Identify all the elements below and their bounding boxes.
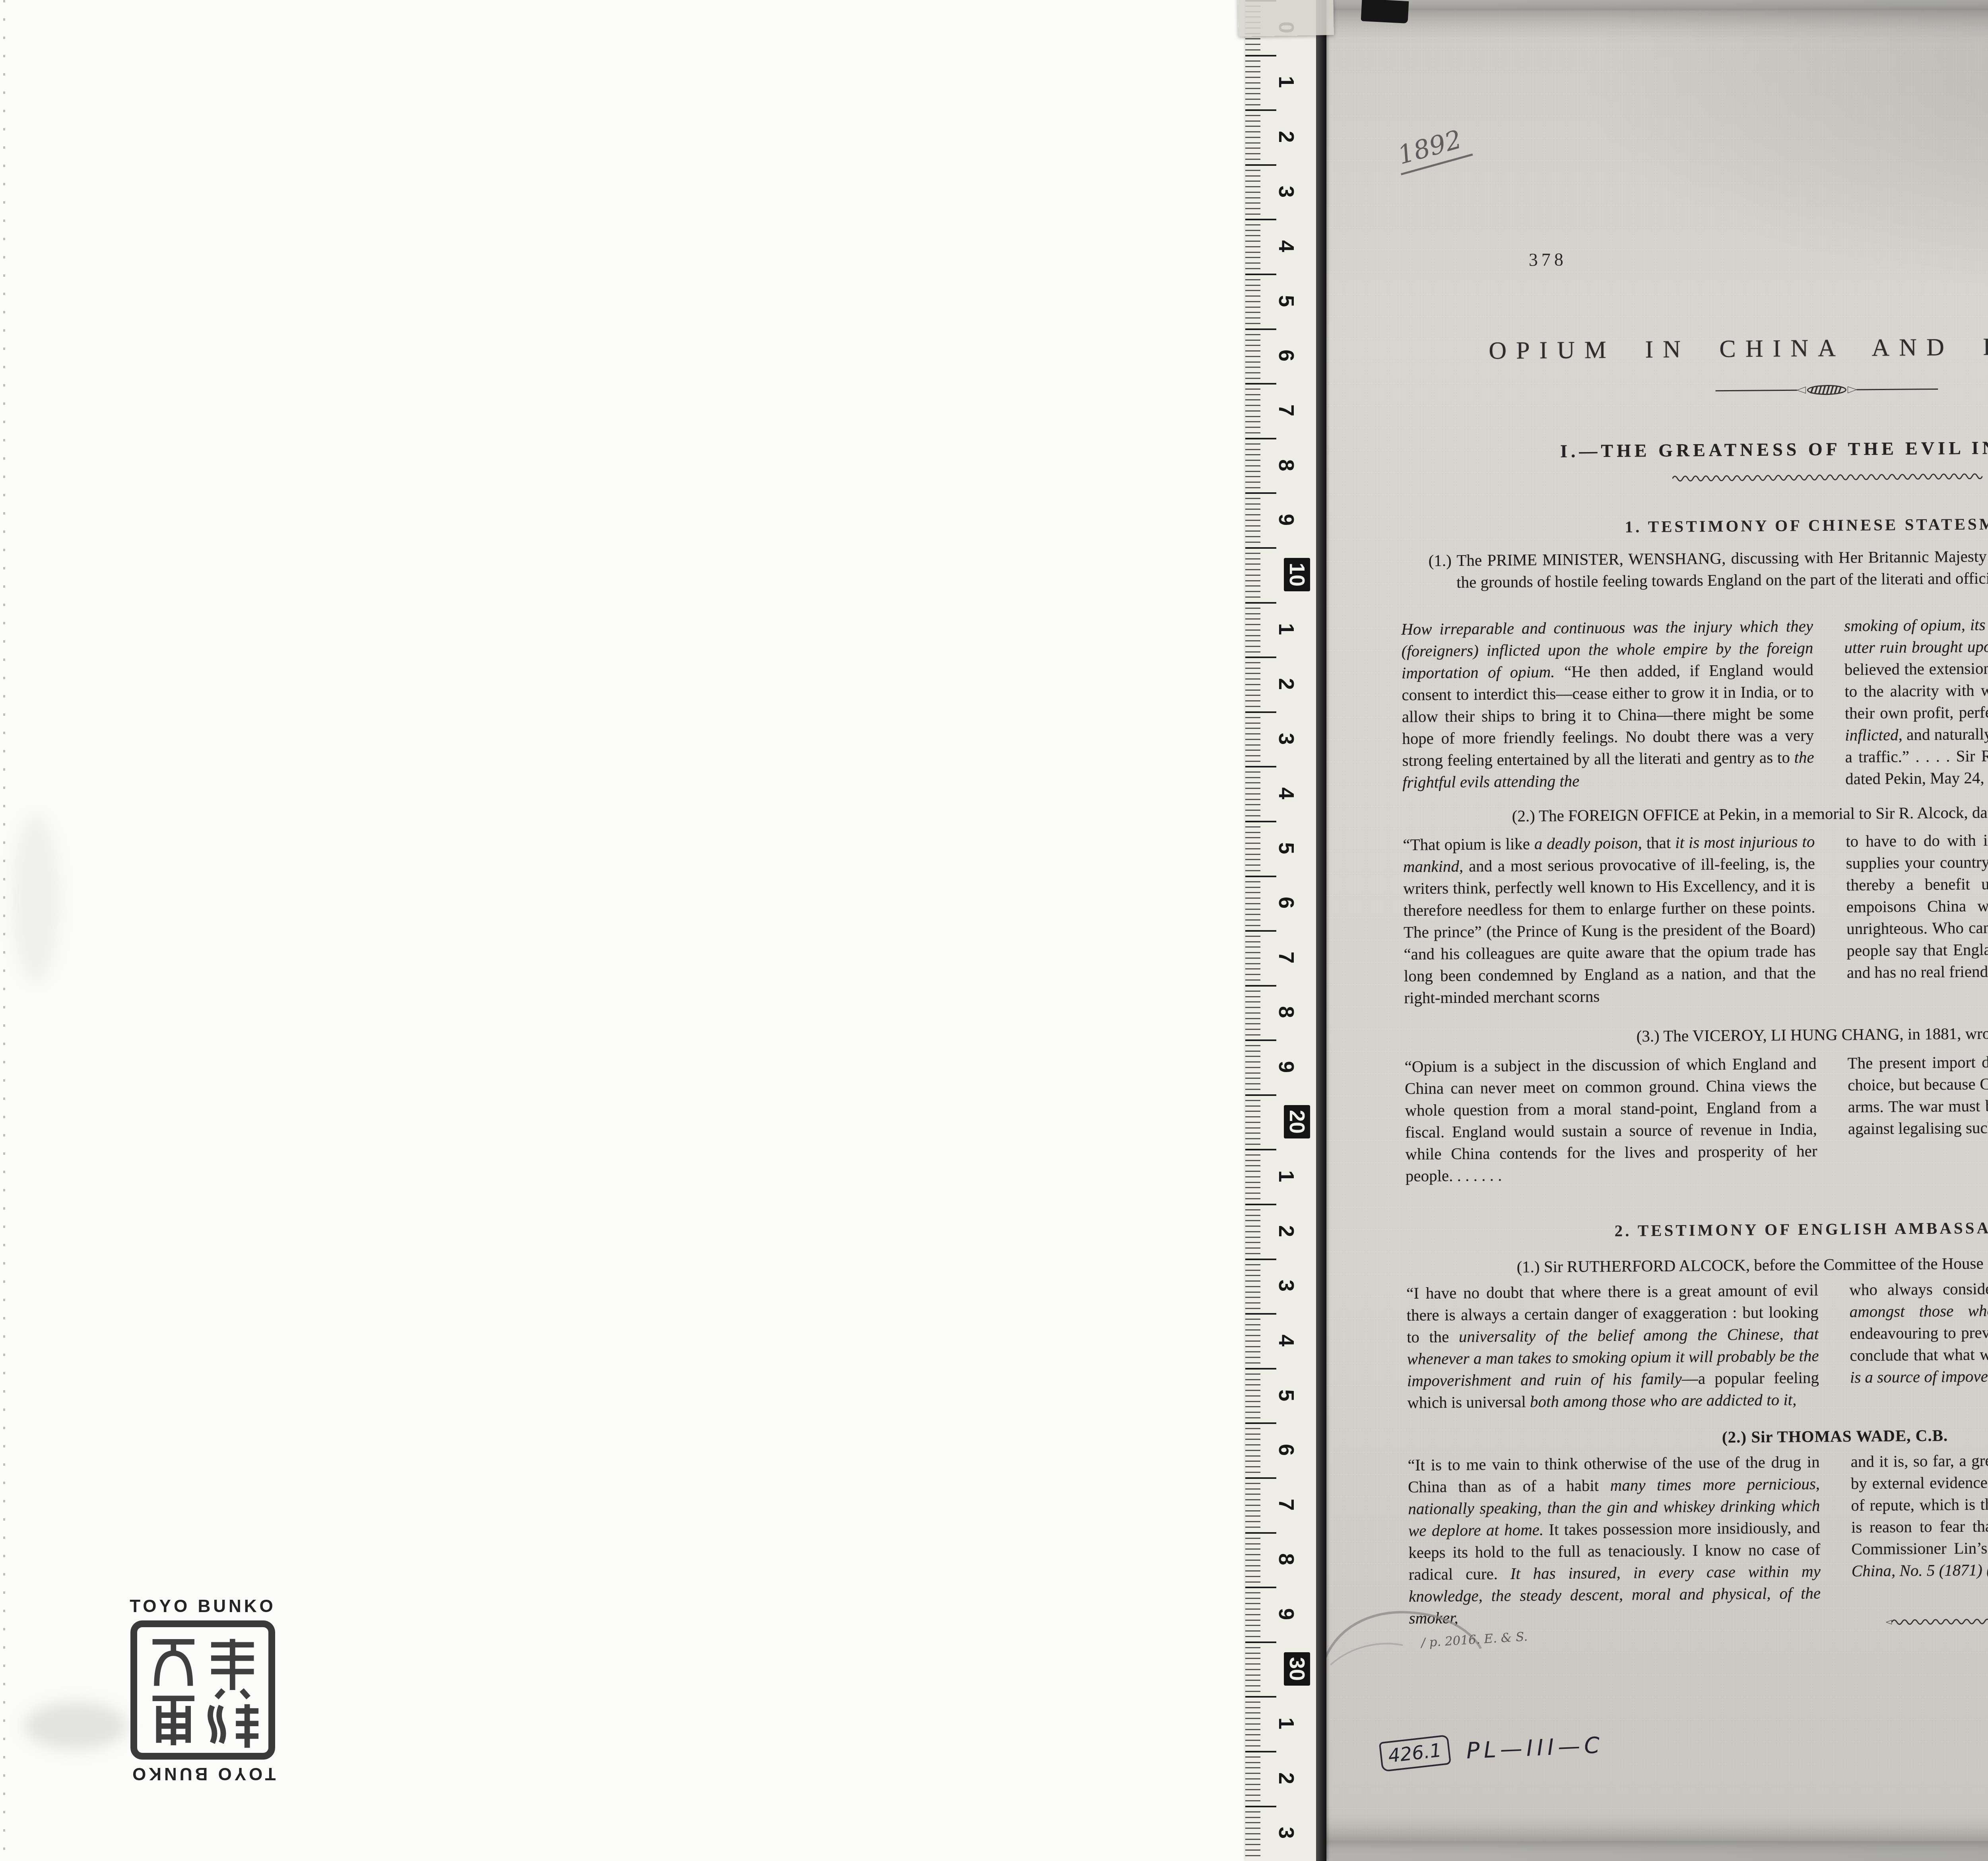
ruler-cm-cell: 20	[1245, 1094, 1326, 1149]
ruler-cm-cell: 5	[1245, 1368, 1326, 1423]
quote1-right-column: smoking of opium, its thoroughly demoral…	[1844, 612, 1988, 790]
chapter-heading: I.—THE GREATNESS OF THE EVIL IN CHINA.	[1400, 435, 1988, 463]
ruler-cm-cell: 30	[1245, 1641, 1326, 1696]
page-content: 1892 378 OPIUM IN CHINA AND BURMAH. I.—T…	[1281, 6, 1988, 1845]
ruler-cm-cell: 1	[1245, 602, 1326, 657]
section1-paragraph3-intro: (3.) The VICEROY, LI HUNG CHANG, in 1881…	[1404, 1020, 1988, 1049]
ruler-cm-cell: 9	[1245, 492, 1326, 547]
ruler-cm-number: 7	[1274, 1499, 1299, 1511]
ruler-cm-cell: 8	[1245, 985, 1326, 1040]
ruler-cm-number: 1	[1274, 1717, 1299, 1729]
ruler-cm-number: 3	[1274, 1827, 1299, 1839]
quote2-columns: “That opium is like a deadly poison, tha…	[1403, 827, 1988, 1009]
ruler-cm-cell: 3	[1245, 1259, 1326, 1313]
ruler-cm-number: 30	[1284, 1652, 1310, 1686]
quote2-right-column: to have to do with it. . . . . . Again, …	[1846, 827, 1988, 1005]
ruler-cm-cell: 1	[1245, 55, 1326, 110]
shelfmark-boxed-number: 426.1	[1379, 1735, 1451, 1772]
ruler-cm-number: 9	[1274, 1061, 1299, 1073]
section2-heading: 2. TESTIMONY OF ENGLISH AMBASSADORS.	[1406, 1216, 1988, 1242]
ruler-cm-number: 2	[1274, 131, 1299, 143]
title-rule-ornament-icon	[1399, 379, 1988, 400]
section1-heading: 1. TESTIMONY OF CHINESE STATESMEN.	[1400, 512, 1988, 538]
end-squiggle-ornament-icon	[1886, 1615, 1988, 1630]
ruler-cm-cell: 5	[1245, 821, 1326, 876]
quote3-left-column: “Opium is a subject in the discussion of…	[1405, 1053, 1818, 1187]
film-edge-dots	[3, 0, 5, 1861]
ruler-scale: 0123456789101234567892012345678930123	[1245, 0, 1326, 1860]
page-number: 378	[1529, 249, 1567, 270]
ruler-cm-number: 2	[1274, 1772, 1299, 1784]
ruler-cm-cell: 6	[1245, 1422, 1326, 1477]
ruler-cm-cell: 3	[1245, 1806, 1326, 1861]
ruler-cm-cell: 6	[1245, 876, 1326, 930]
ruler-cm-number: 4	[1274, 787, 1299, 799]
section2-quote1-right-column: who always consider themselves as moral …	[1849, 1276, 1988, 1410]
measurement-ruler: 0123456789101234567892012345678930123	[1245, 0, 1326, 1861]
handwritten-year: 1892	[1392, 123, 1473, 175]
ruler-cm-number: 10	[1284, 558, 1310, 591]
section1-paragraph1-intro: (1.) The PRIME MINISTER, WENSHANG, discu…	[1401, 543, 1988, 594]
quote2-left-column: “That opium is like a deadly poison, tha…	[1403, 831, 1816, 1009]
ruler-cm-cell: 1	[1245, 1149, 1326, 1204]
library-stamp-bottom-left: TOYO BUNKO TOYO BUNKO	[105, 1589, 300, 1791]
ruler-cm-cell: 2	[1245, 1204, 1326, 1259]
ruler-cm-number: 9	[1274, 1608, 1299, 1620]
quote1-columns: How irreparable and continuous was the i…	[1401, 612, 1988, 793]
ruler-cm-cell: 6	[1245, 328, 1326, 383]
ruler-cm-number: 5	[1274, 842, 1299, 854]
ruler-cm-cell: 9	[1245, 1039, 1326, 1094]
section2-quote2-columns: “It is to me vain to think otherwise of …	[1408, 1447, 1988, 1629]
stamp-label-bottom: TOYO BUNKO	[130, 1764, 276, 1783]
shelfmark-annotation: 426.1 PL—III—C	[1380, 1730, 1604, 1770]
ruler-cm-cell: 2	[1245, 109, 1326, 164]
toyo-bunko-stamp: TOYO BUNKO TOYO BUNKO	[105, 1589, 300, 1791]
ruler-cm-cell: 7	[1245, 383, 1326, 438]
ruler-cm-number: 4	[1274, 240, 1299, 252]
section2-quote1-columns: “I have no doubt that where there is a g…	[1406, 1276, 1988, 1414]
ruler-cm-number: 3	[1274, 732, 1299, 744]
ruler-cm-cell: 9	[1245, 1587, 1326, 1641]
ruler-cm-number: 8	[1274, 1553, 1299, 1565]
stamp-label-top: TOYO BUNKO	[130, 1597, 276, 1616]
wavy-underline-icon	[1400, 468, 1988, 484]
shelfmark-code: PL—III—C	[1466, 1732, 1604, 1764]
ruler-cm-number: 7	[1274, 404, 1299, 416]
ruler-cm-number: 6	[1274, 1444, 1299, 1456]
ruler-cm-cell: 2	[1245, 1751, 1326, 1806]
ruler-cm-cell: 7	[1245, 1477, 1326, 1532]
ruler-cm-number: 1	[1274, 623, 1299, 635]
ruler-cm-number: 8	[1274, 1006, 1299, 1018]
ruler-cm-cell: 4	[1245, 766, 1326, 821]
ruler-cm-number: 1	[1274, 76, 1299, 88]
ruler-cm-number: 20	[1284, 1105, 1310, 1138]
ruler-cm-cell: 8	[1245, 1532, 1326, 1587]
ruler-cm-cell: 8	[1245, 438, 1326, 493]
ruler-cm-number: 5	[1274, 1389, 1299, 1401]
ruler-cm-number: 9	[1274, 514, 1299, 526]
scanned-page: 1892 378 OPIUM IN CHINA AND BURMAH. I.—T…	[1288, 10, 1988, 1841]
ruler-cm-number: 1	[1274, 1170, 1299, 1182]
ruler-cm-number: 4	[1274, 1335, 1299, 1346]
ruler-cm-cell: 7	[1245, 930, 1326, 985]
toyo-bunko-seal-icon	[130, 1620, 275, 1760]
ruler-cm-cell: 5	[1245, 274, 1326, 328]
ruler-cm-number: 2	[1274, 1225, 1299, 1237]
ruler-cm-number: 6	[1274, 350, 1299, 361]
ruler-cm-number: 6	[1274, 897, 1299, 909]
ruler-cm-cell: 2	[1245, 657, 1326, 711]
ruler-cm-number: 5	[1274, 295, 1299, 307]
tape-strip	[1238, 0, 1334, 37]
ruler-cm-number: 7	[1274, 952, 1299, 964]
section2-quote1-left-column: “I have no doubt that where there is a g…	[1406, 1279, 1819, 1414]
ruler-cm-number: 8	[1274, 459, 1299, 471]
quote3-right-column: The present import duty on opium was est…	[1847, 1049, 1988, 1183]
quote3-columns: “Opium is a subject in the discussion of…	[1405, 1049, 1988, 1187]
ruler-cm-cell: 3	[1245, 711, 1326, 766]
section2-paragraph2-intro: (2.) Sir THOMAS WADE, C.B.	[1408, 1422, 1988, 1451]
section2-paragraph1-intro: (1.) Sir RUTHERFORD ALCOCK, before the C…	[1406, 1250, 1988, 1279]
ruler-cm-number: 3	[1274, 1280, 1299, 1292]
section1-paragraph2-intro: (2.) The FOREIGN OFFICE at Pekin, in a m…	[1403, 799, 1988, 828]
ruler-cm-cell: 10	[1245, 547, 1326, 602]
quote1-left-column: How irreparable and continuous was the i…	[1401, 615, 1814, 793]
page-clip-mark	[1361, 0, 1409, 23]
ruler-cm-number: 3	[1274, 186, 1299, 198]
ruler-cm-cell: 4	[1245, 219, 1326, 274]
ruler-cm-cell: 1	[1245, 1696, 1326, 1751]
smudge-mark	[12, 815, 60, 982]
section2-quote2-right-column: and it is, so far, a greater mischief th…	[1850, 1447, 1988, 1626]
ruler-cm-cell: 4	[1245, 1313, 1326, 1368]
document-title: OPIUM IN CHINA AND BURMAH.	[1399, 331, 1988, 366]
ruler-cm-number: 2	[1274, 678, 1299, 690]
ruler-cm-cell: 3	[1245, 164, 1326, 219]
